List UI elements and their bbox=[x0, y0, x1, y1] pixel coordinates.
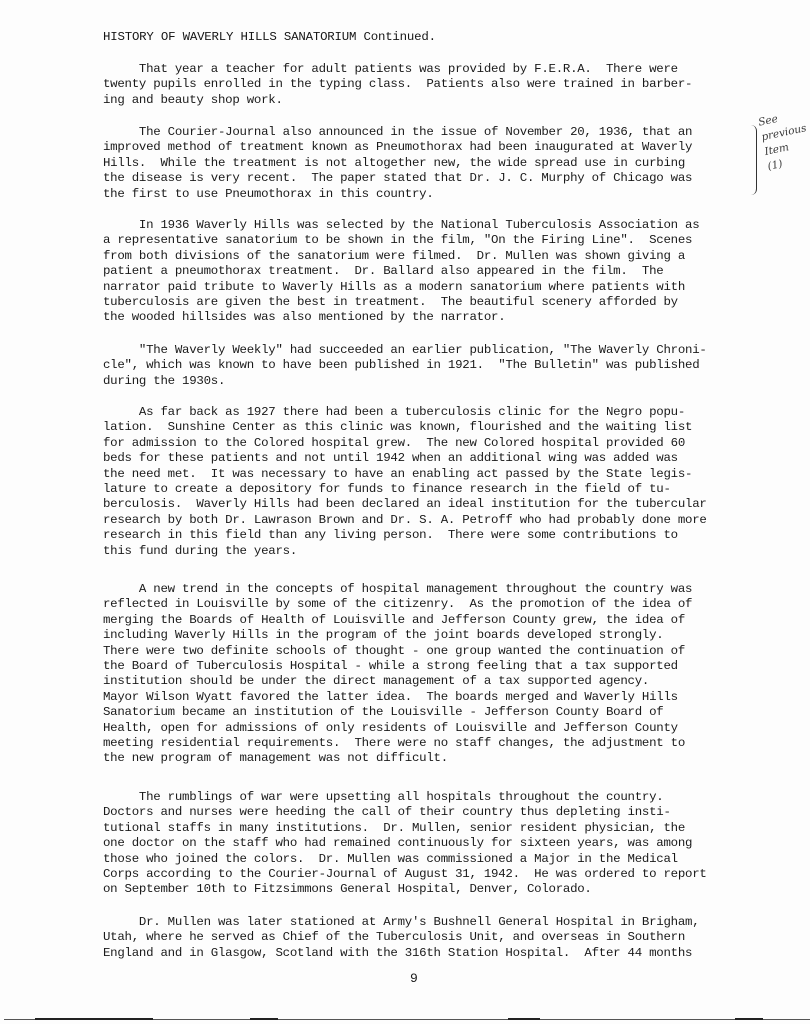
paragraph-pneumothorax: The Courier-Journal also announced in th… bbox=[103, 125, 763, 202]
text-line: a representative sanatorium to be shown … bbox=[103, 233, 763, 248]
bottom-edge-rule-segment bbox=[508, 1018, 540, 1020]
text-line: the new program of management was not di… bbox=[103, 751, 763, 766]
bottom-edge-rule-segment bbox=[35, 1018, 153, 1020]
text-line: The rumblings of war were upsetting all … bbox=[103, 790, 763, 805]
text-line: reflected in Louisville by some of the c… bbox=[103, 597, 763, 612]
document-heading: HISTORY OF WAVERLY HILLS SANATORIUM Cont… bbox=[103, 30, 436, 44]
text-line: ing and beauty shop work. bbox=[103, 93, 763, 108]
text-line: the Board of Tuberculosis Hospital - whi… bbox=[103, 659, 763, 674]
text-line: the need met. It was necessary to have a… bbox=[103, 467, 763, 482]
text-line: Health, open for admissions of only resi… bbox=[103, 721, 763, 736]
text-line: research in this field than any living p… bbox=[103, 528, 763, 543]
paragraph-film: In 1936 Waverly Hills was selected by th… bbox=[103, 218, 763, 326]
text-line: research by both Dr. Lawrason Brown and … bbox=[103, 513, 763, 528]
paragraph-sunshine-center: As far back as 1927 there had been a tub… bbox=[103, 405, 763, 559]
paragraph-dr-mullen: Dr. Mullen was later stationed at Army's… bbox=[103, 915, 763, 961]
text-line: Dr. Mullen was later stationed at Army's… bbox=[103, 915, 763, 930]
text-line: the first to use Pneumothorax in this co… bbox=[103, 187, 763, 202]
margin-bracket bbox=[748, 125, 757, 195]
text-line: twenty pupils enrolled in the typing cla… bbox=[103, 77, 763, 92]
text-line: lature to create a depository for funds … bbox=[103, 482, 763, 497]
text-line: Hills. While the treatment is not altoge… bbox=[103, 156, 763, 171]
text-line: As far back as 1927 there had been a tub… bbox=[103, 405, 763, 420]
text-line: narrator paid tribute to Waverly Hills a… bbox=[103, 280, 763, 295]
text-line: The Courier-Journal also announced in th… bbox=[103, 125, 763, 140]
bottom-edge-rule-segment bbox=[735, 1018, 763, 1020]
text-line: institution should be under the direct m… bbox=[103, 674, 763, 689]
text-line: England and in Glasgow, Scotland with th… bbox=[103, 946, 763, 961]
text-line: tuberculosis are given the best in treat… bbox=[103, 295, 763, 310]
text-line: one doctor on the staff who had remained… bbox=[103, 836, 763, 851]
text-line: merging the Boards of Health of Louisvil… bbox=[103, 613, 763, 628]
text-line: In 1936 Waverly Hills was selected by th… bbox=[103, 218, 763, 233]
text-line: Corps according to the Courier-Journal o… bbox=[103, 867, 763, 882]
text-line: berculosis. Waverly Hills had been decla… bbox=[103, 497, 763, 512]
text-line: cle", which was known to have been publi… bbox=[103, 358, 763, 373]
paragraph-fera-teacher: That year a teacher for adult patients w… bbox=[103, 62, 763, 108]
text-line: lation. Sunshine Center as this clinic w… bbox=[103, 420, 763, 435]
text-line: from both divisions of the sanatorium we… bbox=[103, 249, 763, 264]
text-line: on September 10th to Fitzsimmons General… bbox=[103, 882, 763, 897]
text-line: Doctors and nurses were heeding the call… bbox=[103, 805, 763, 820]
text-line: for admission to the Colored hospital gr… bbox=[103, 436, 763, 451]
text-line: improved method of treatment known as Pn… bbox=[103, 140, 763, 155]
text-line: the disease is very recent. The paper st… bbox=[103, 171, 763, 186]
text-line: tutional staffs in many institutions. Dr… bbox=[103, 821, 763, 836]
paragraph-management: A new trend in the concepts of hospital … bbox=[103, 582, 763, 767]
text-line: "The Waverly Weekly" had succeeded an ea… bbox=[103, 343, 763, 358]
text-line: this fund during the years. bbox=[103, 544, 763, 559]
bottom-edge-rule-segment bbox=[250, 1018, 278, 1020]
text-line: those who joined the colors. Dr. Mullen … bbox=[103, 852, 763, 867]
text-line: Mayor Wilson Wyatt favored the latter id… bbox=[103, 690, 763, 705]
document-page: HISTORY OF WAVERLY HILLS SANATORIUM Cont… bbox=[0, 0, 810, 1024]
text-line: including Waverly Hills in the program o… bbox=[103, 628, 763, 643]
text-line: That year a teacher for adult patients w… bbox=[103, 62, 763, 77]
text-line: during the 1930s. bbox=[103, 374, 763, 389]
page-number: 9 bbox=[410, 971, 418, 986]
text-line: meeting residential requirements. There … bbox=[103, 736, 763, 751]
text-line: There were two definite schools of thoug… bbox=[103, 644, 763, 659]
text-line: Sanatorium became an institution of the … bbox=[103, 705, 763, 720]
handwritten-margin-note: SeepreviousItem(1) bbox=[757, 105, 810, 175]
paragraph-publications: "The Waverly Weekly" had succeeded an ea… bbox=[103, 343, 763, 389]
text-line: beds for these patients and not until 19… bbox=[103, 451, 763, 466]
text-line: patient a pneumothorax treatment. Dr. Ba… bbox=[103, 264, 763, 279]
text-line: A new trend in the concepts of hospital … bbox=[103, 582, 763, 597]
text-line: Utah, where he served as Chief of the Tu… bbox=[103, 930, 763, 945]
paragraph-war: The rumblings of war were upsetting all … bbox=[103, 790, 763, 898]
text-line: the wooded hillsides was also mentioned … bbox=[103, 310, 763, 325]
